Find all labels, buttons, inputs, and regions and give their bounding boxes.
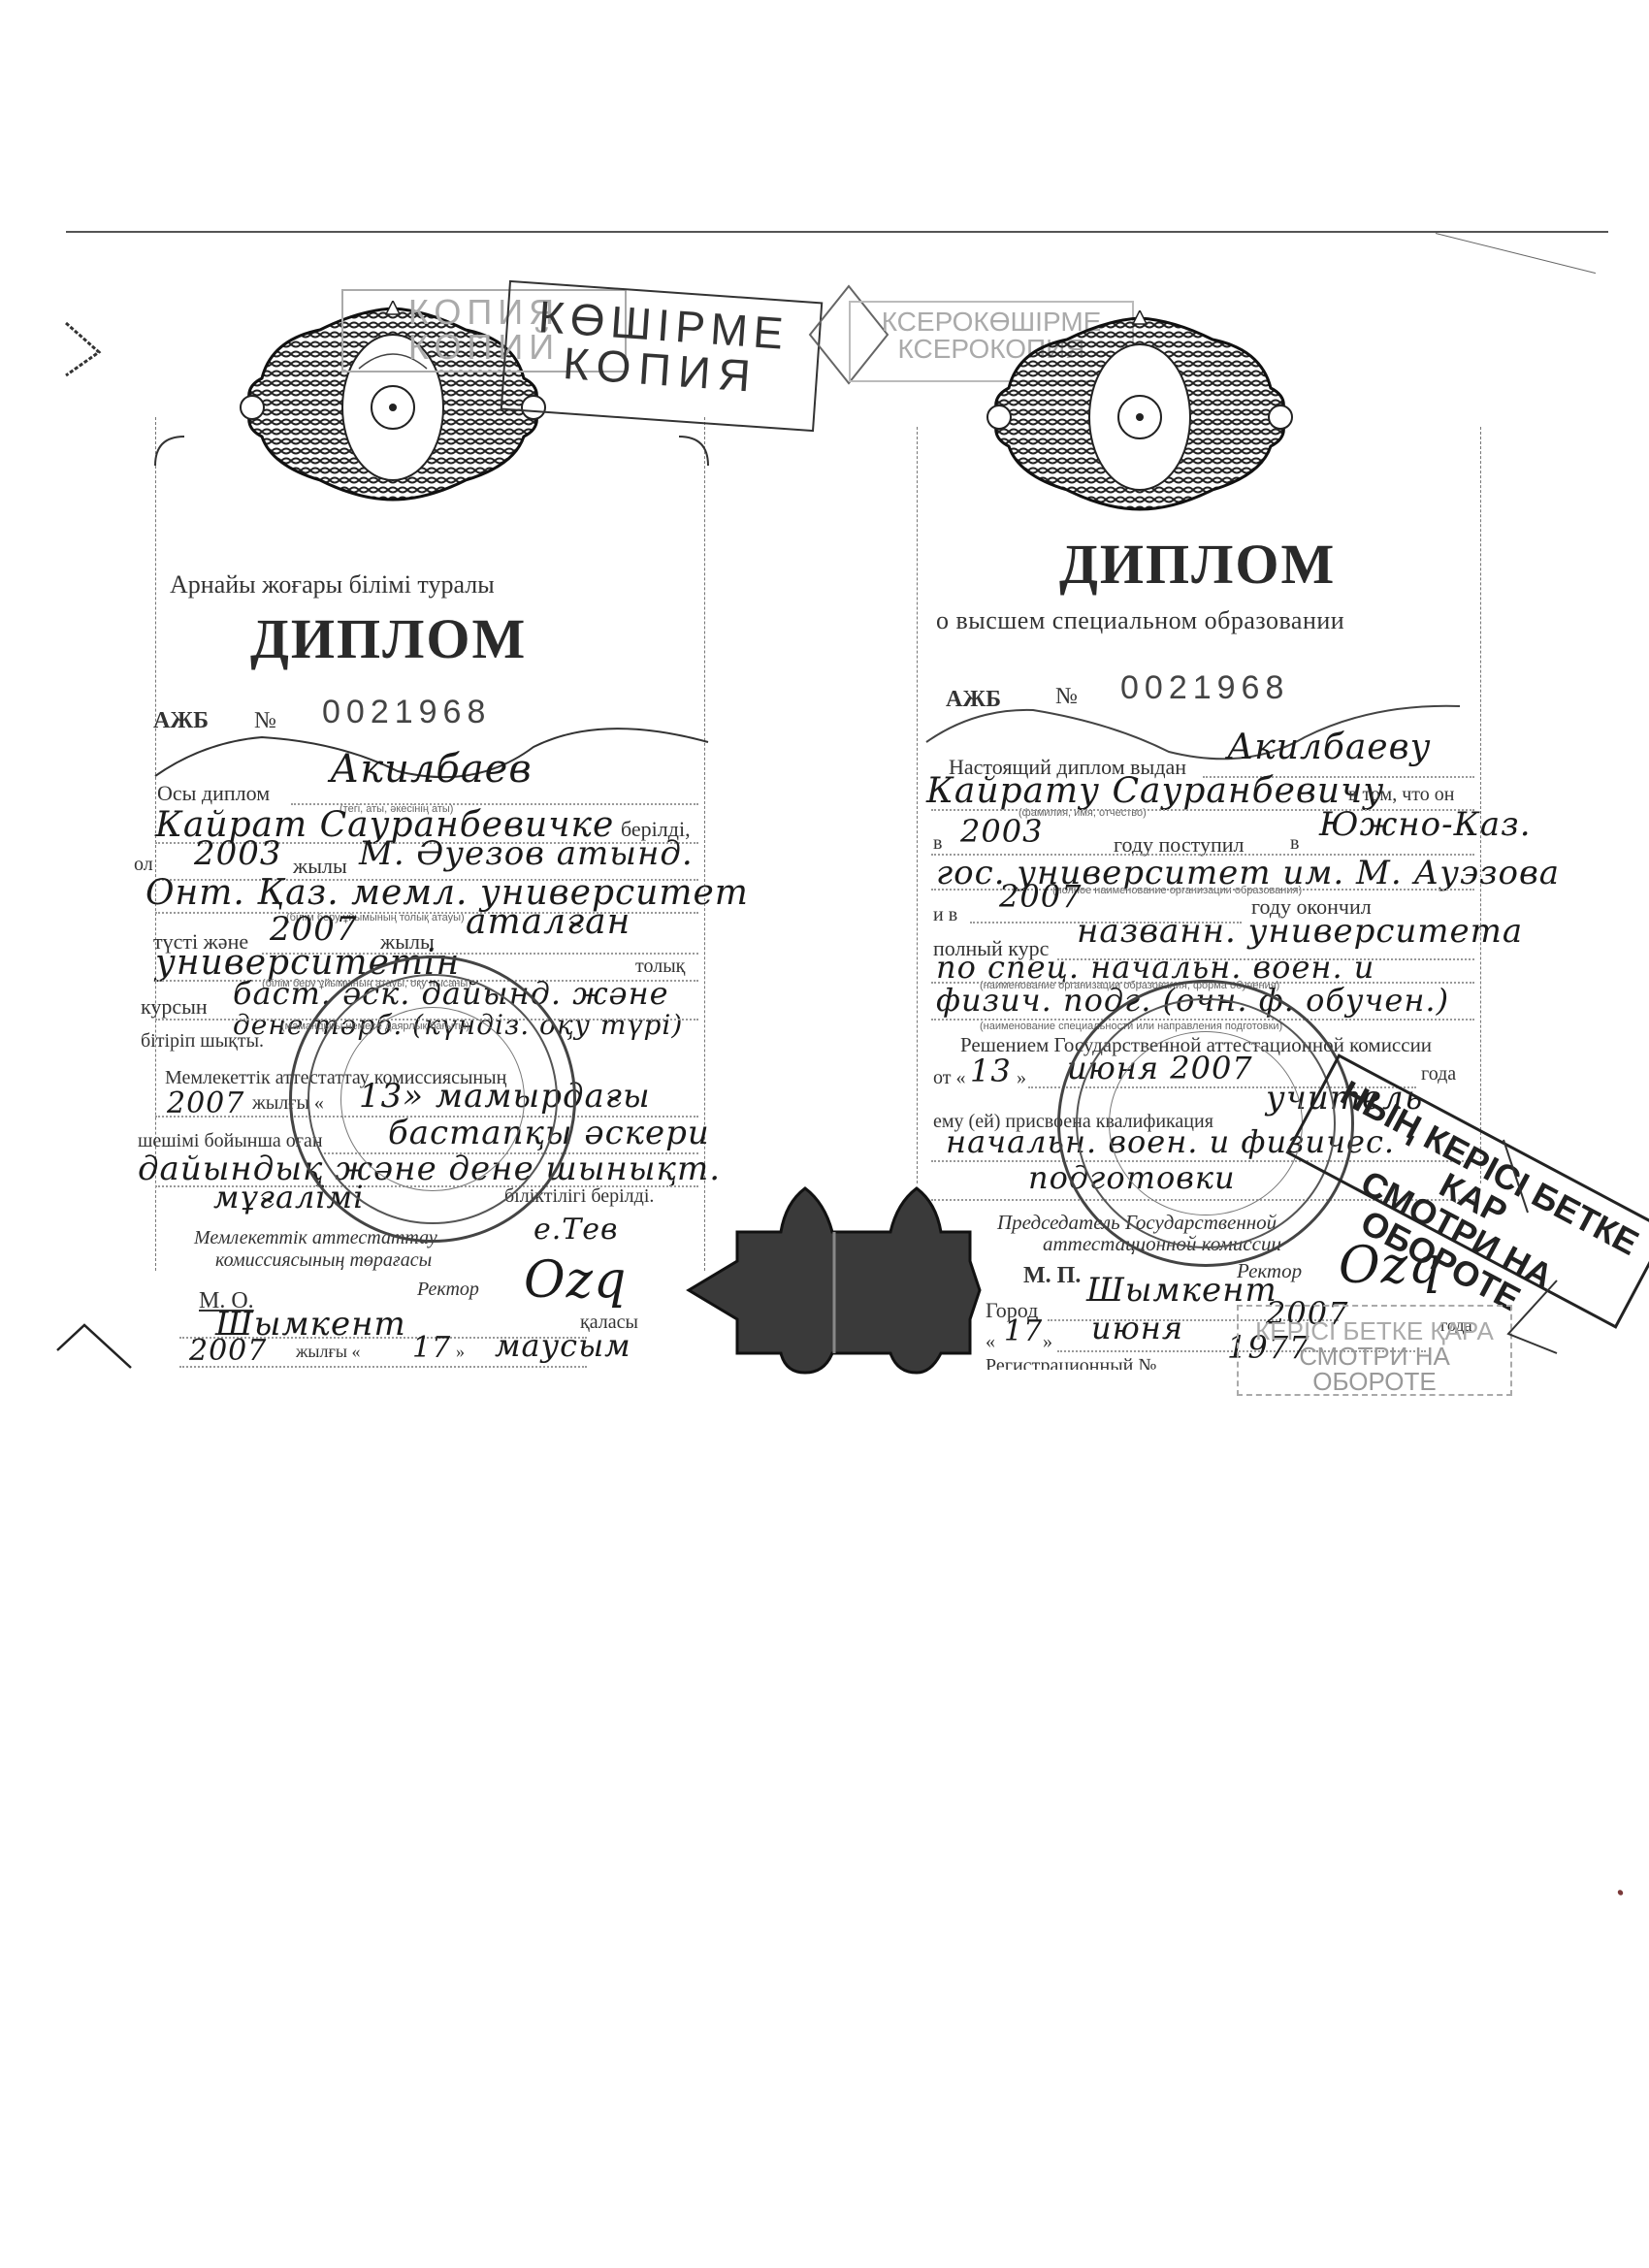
right-l10-close: » <box>1017 1067 1026 1089</box>
right-subtitle: о высшем специальном образовании <box>936 606 1344 635</box>
stamp-text: КЕРІСІ БЕТКЕ ҚАРА <box>1239 1318 1510 1344</box>
right-reg-label: Регистрационный № <box>986 1355 1156 1377</box>
right-name-handwritten: Кайрату Сауранбевичу <box>926 771 1384 811</box>
right-commission-day-handwritten: 13 <box>970 1053 1012 1089</box>
left-round-seal <box>289 956 576 1243</box>
paper-top-edge-corner <box>1436 233 1596 274</box>
right-date-open: « <box>986 1331 995 1353</box>
paper-top-edge <box>66 231 1608 233</box>
state-emblem-right-icon <box>980 310 1300 514</box>
corner-mark-icon <box>58 315 107 383</box>
left-subtitle: Арнайы жоғары білімі туралы <box>170 570 495 599</box>
left-surname-handwritten: Акилбаев <box>330 747 533 792</box>
right-title: ДИПЛОМ <box>1059 532 1336 597</box>
left-date-label: жылғы « <box>296 1342 361 1362</box>
right-stamp-place: М. П. <box>1023 1263 1081 1289</box>
stamp-text: СМОТРИ НА ОБОРОТЕ <box>1239 1344 1510 1394</box>
right-l10-label: года <box>1421 1063 1456 1085</box>
right-date-close: » <box>1043 1331 1052 1353</box>
page-corner-scrolls-icon <box>145 427 718 485</box>
right-l10-pre: от « <box>933 1067 965 1089</box>
right-l2-label: в том, что он <box>1348 784 1454 806</box>
right-univ-handwritten-1: Южно-Каз. <box>1319 805 1532 844</box>
ink-speck <box>1617 1889 1625 1896</box>
left-rector-label: Ректор <box>417 1279 479 1301</box>
center-ornament-icon <box>679 1183 989 1377</box>
right-year-enter-handwritten: 2003 <box>960 813 1043 850</box>
left-date-day-handwritten: 17 <box>412 1331 451 1365</box>
left-year-enter-handwritten: 2003 <box>194 834 282 873</box>
left-date-year-handwritten: 2007 <box>189 1334 267 1368</box>
left-l1-label: Осы диплом <box>157 781 270 806</box>
right-date-day-handwritten: 17 <box>1004 1314 1043 1348</box>
right-l3-pre: в <box>933 832 942 855</box>
fold-corner-mark-icon <box>53 1319 141 1377</box>
left-chair-line2: комиссиясының төрағасы <box>215 1249 432 1272</box>
left-date-close: » <box>456 1342 465 1362</box>
right-surname-handwritten: Акилбаеву <box>1227 728 1431 767</box>
right-course-handwritten: названн. университета <box>1077 912 1523 951</box>
right-l5-pre: и в <box>933 904 957 926</box>
stamp-copy-main: КӨШІРМЕ КОПИЯ <box>501 280 824 432</box>
left-l9-label: бітіріп шықты. <box>141 1030 264 1053</box>
right-year-finish-handwritten: 2007 <box>999 878 1082 915</box>
left-title: ДИПЛОМ <box>250 606 527 671</box>
left-rector-signature: Оzq <box>524 1251 627 1310</box>
left-univ-handwritten-2: Онт. Қаз. мемл. университет <box>145 873 749 913</box>
left-l7-label: курсын <box>141 994 208 1020</box>
right-l3-label2: в <box>1290 832 1299 855</box>
right-city-handwritten: Шымкент <box>1086 1271 1277 1310</box>
right-date-month-handwritten: июня <box>1091 1310 1183 1346</box>
dotted-line <box>179 1366 587 1368</box>
left-chair-signature: e.Тев <box>533 1213 619 1247</box>
fold-corner-mark-icon <box>1499 1135 1576 1358</box>
left-date-month-handwritten: маусым <box>495 1327 631 1364</box>
left-univ-handwritten-1: М. Әуезов атынд. <box>359 834 694 873</box>
stamp-see-reverse-box: КЕРІСІ БЕТКЕ ҚАРА СМОТРИ НА ОБОРОТЕ <box>1237 1305 1512 1396</box>
left-named-handwritten: аталған <box>466 902 630 942</box>
